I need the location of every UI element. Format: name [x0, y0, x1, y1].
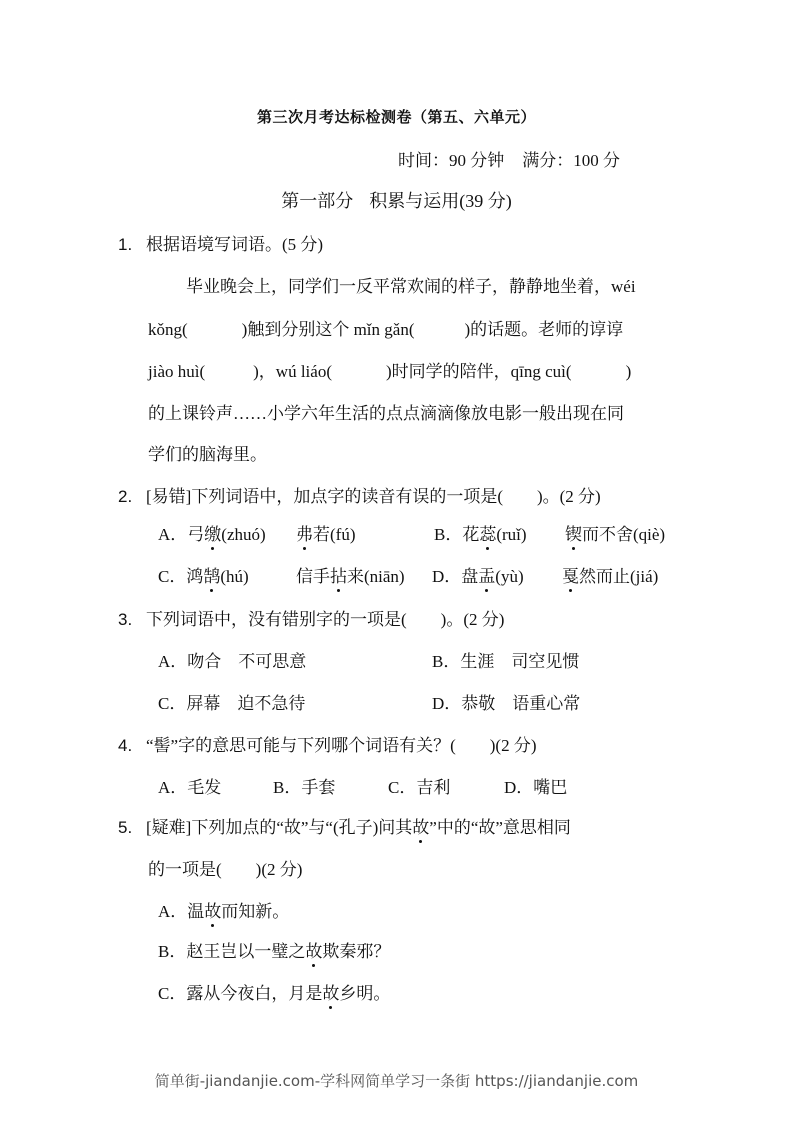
option-a-word-2: 弗若(fú): [296, 520, 355, 545]
question-1-stem: 1.根据语境写词语。(5 分): [118, 230, 323, 255]
option-c[interactable]: C．鸿鹄(hú): [158, 562, 249, 587]
section-title: 积累与运用(39 分): [369, 191, 512, 211]
footer-watermark: 简单街-jiandanjie.com-学科网简单学习一条街 https://ji…: [0, 1070, 793, 1091]
question-number: 4.: [118, 736, 146, 756]
option-b[interactable]: B．赵王岂以一璧之故欺秦邪？: [158, 937, 390, 962]
option-c-word-2: 信手拈来(niān): [296, 562, 405, 587]
question-text: 根据语境写词语。(5 分): [146, 235, 323, 254]
option-b[interactable]: B．手套: [273, 773, 335, 798]
passage-line-3: jiào huì()，wú liáo()时同学的陪伴，qīng cuì(): [148, 357, 631, 382]
option-c[interactable]: C．屏幕 迫不急待: [158, 689, 305, 714]
option-a[interactable]: A．温故而知新。: [158, 897, 289, 922]
question-4-stem: 4.“髻”字的意思可能与下列哪个词语有关？( )(2 分): [118, 731, 537, 756]
option-a[interactable]: A．毛发: [158, 773, 221, 798]
option-b[interactable]: B．花蕊(ruǐ): [434, 520, 527, 545]
option-d-word-2: 戛然而止(jiá): [562, 562, 658, 587]
option-c[interactable]: C．吉利: [388, 773, 450, 798]
passage-line-5: 学们的脑海里。: [148, 440, 267, 465]
option-d[interactable]: D．盘盂(yù): [432, 562, 524, 587]
question-2-stem: 2.[易错]下列词语中，加点字的读音有误的一项是( )。(2 分): [118, 482, 601, 507]
question-text: 下列词语中，没有错别字的一项是( )。(2 分): [146, 610, 504, 629]
option-d[interactable]: D．嘴巴: [504, 773, 567, 798]
question-number: 3.: [118, 610, 146, 630]
passage-line-1: 毕业晚会上，同学们一反平常欢闹的样子，静静地坐着，wéi: [186, 272, 636, 297]
option-a[interactable]: A．吻合 不可思意: [158, 647, 306, 672]
option-b[interactable]: B．生涯 司空见惯: [432, 647, 579, 672]
time-limit: 时间：90 分钟: [398, 151, 504, 170]
passage-line-4: 的上课铃声……小学六年生活的点点滴滴像放电影一般出现在同: [148, 399, 624, 424]
question-number: 2.: [118, 487, 146, 507]
option-a[interactable]: A．弓缴(zhuó): [158, 520, 266, 545]
full-score: 满分：100 分: [522, 151, 620, 170]
option-b-word-2: 锲而不舍(qiè): [565, 520, 665, 545]
exam-page: 第三次月考达标检测卷（第五、六单元） 时间：90 分钟满分：100 分 第一部分…: [0, 0, 793, 1122]
exam-title: 第三次月考达标检测卷（第五、六单元）: [0, 106, 793, 127]
option-c[interactable]: C．露从今夜白，月是故乡明。: [158, 979, 390, 1004]
question-5-stem-line-2: 的一项是( )(2 分): [148, 855, 302, 880]
question-3-stem: 3.下列词语中，没有错别字的一项是( )。(2 分): [118, 605, 504, 630]
question-text: [易错]下列词语中，加点字的读音有误的一项是( )。(2 分): [146, 487, 601, 506]
option-d[interactable]: D．恭敬 语重心常: [432, 689, 580, 714]
exam-meta: 时间：90 分钟满分：100 分: [398, 146, 620, 171]
question-number: 5.: [118, 818, 146, 838]
question-text: “髻”字的意思可能与下列哪个词语有关？( )(2 分): [146, 736, 537, 755]
passage-line-2: kǒng()触到分别这个 mǐn gǎn()的话题。老师的谆谆: [148, 315, 623, 340]
section-name: 第一部分: [281, 191, 353, 211]
question-5-stem: 5.[疑难]下列加点的“故”与“(孔子)问其故”中的“故”意思相同: [118, 813, 571, 838]
section-heading: 第一部分积累与运用(39 分): [0, 187, 793, 213]
question-number: 1.: [118, 235, 146, 255]
